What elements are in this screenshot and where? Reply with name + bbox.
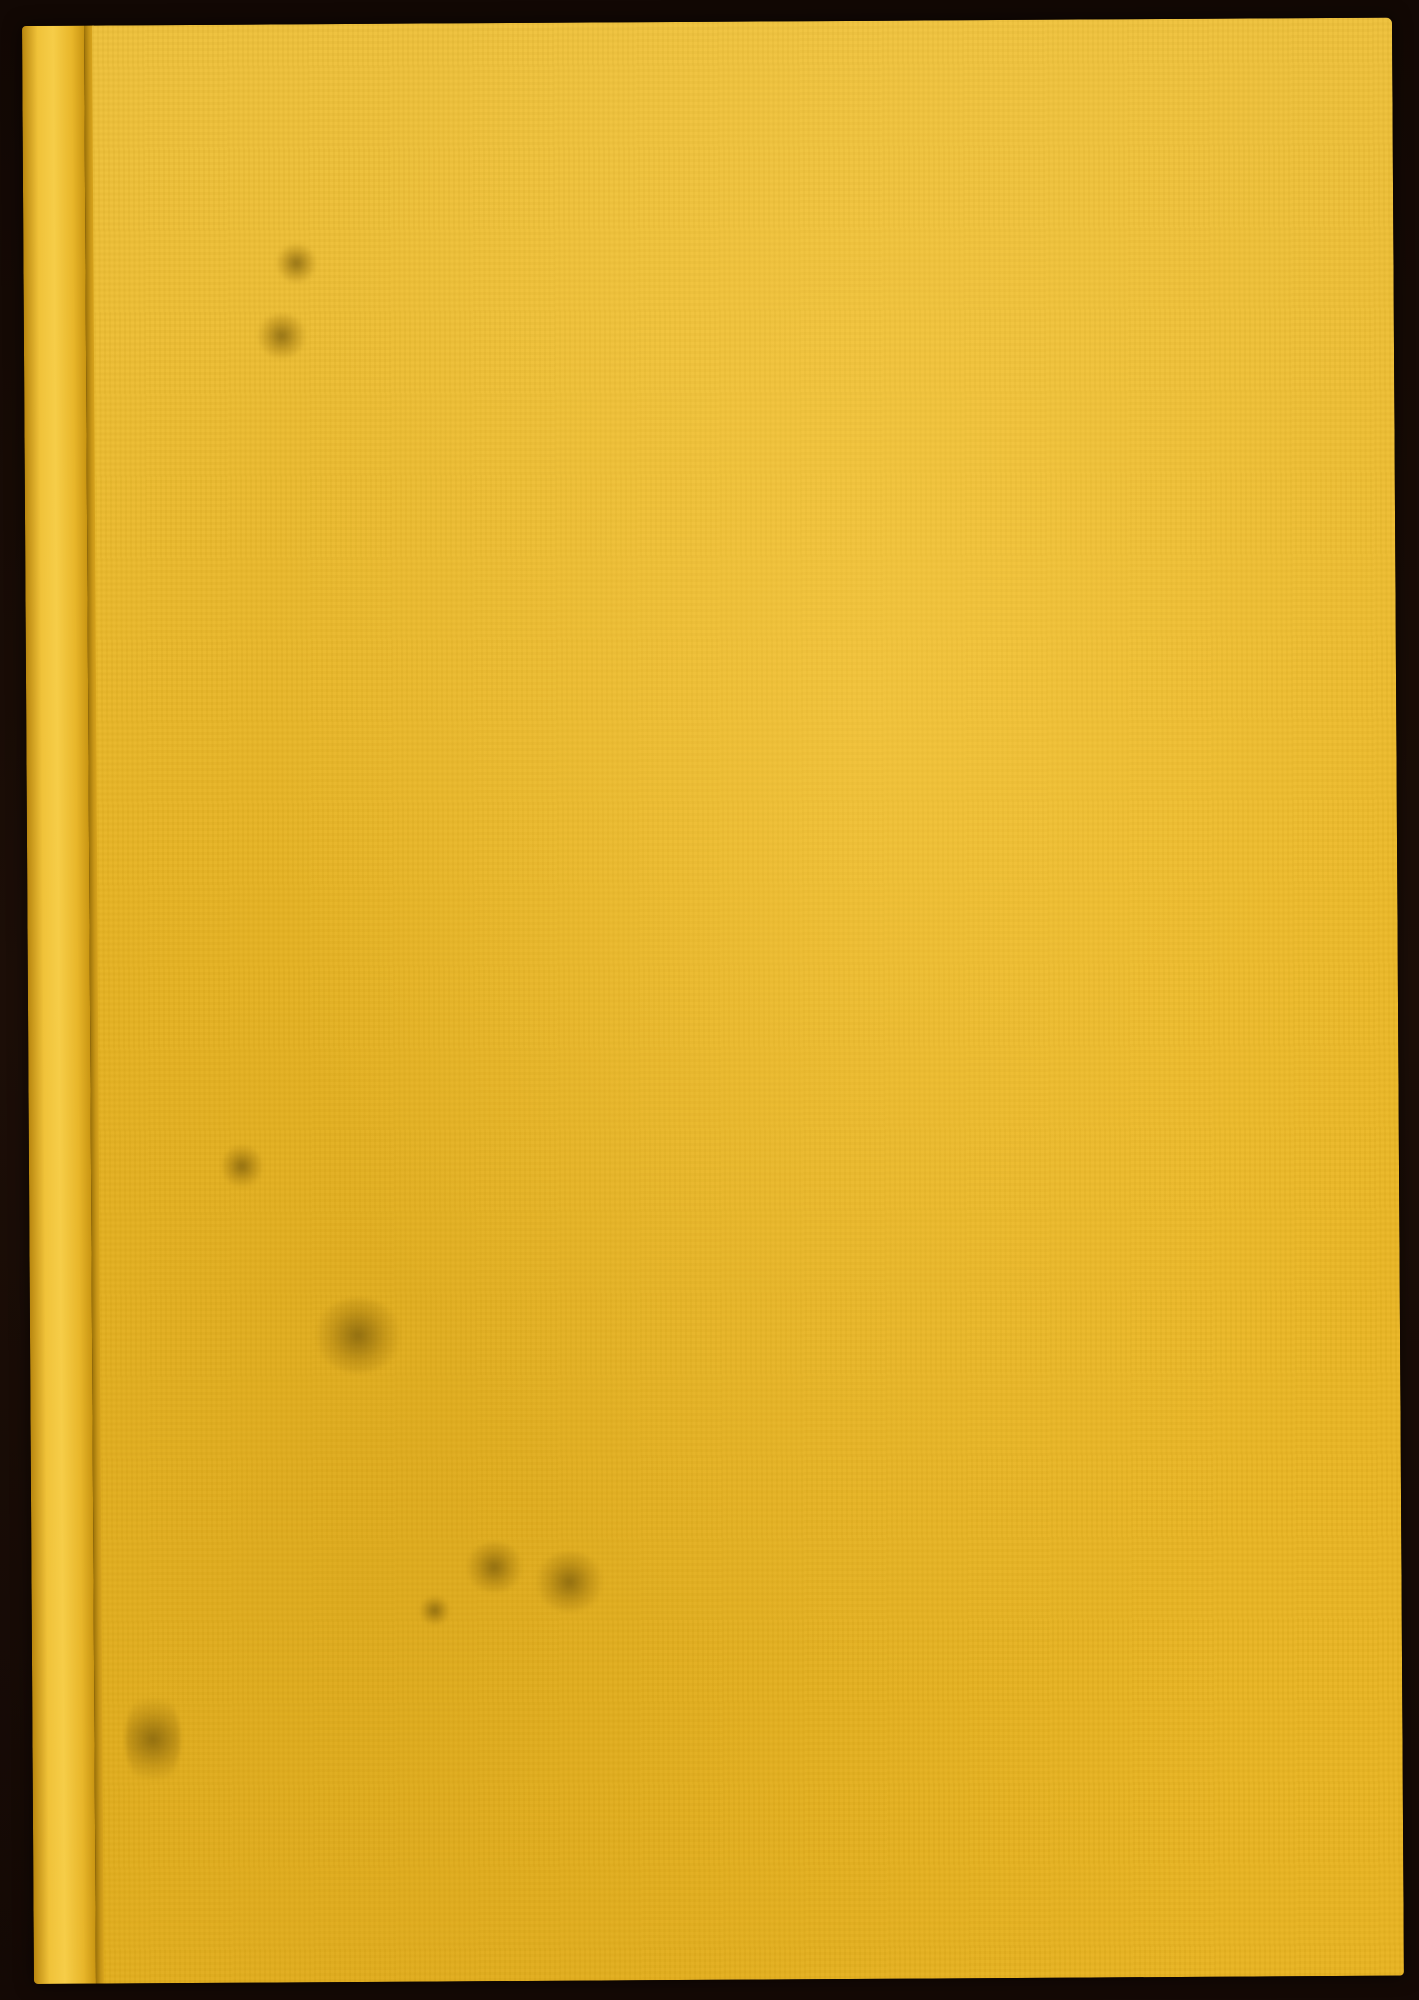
stain-cluster-center	[313, 1298, 403, 1374]
stain-top-left-2	[257, 313, 307, 358]
stain-bottom-left	[125, 1689, 181, 1789]
stain-mid-left	[222, 1144, 262, 1189]
stain-lower-2	[534, 1551, 604, 1611]
photo-scene	[0, 0, 1419, 2000]
book	[22, 18, 1404, 1984]
stain-top-left-1	[276, 243, 316, 283]
book-cover	[92, 18, 1404, 1984]
stain-lower-1	[464, 1542, 524, 1592]
stain-lower-3	[420, 1595, 450, 1625]
